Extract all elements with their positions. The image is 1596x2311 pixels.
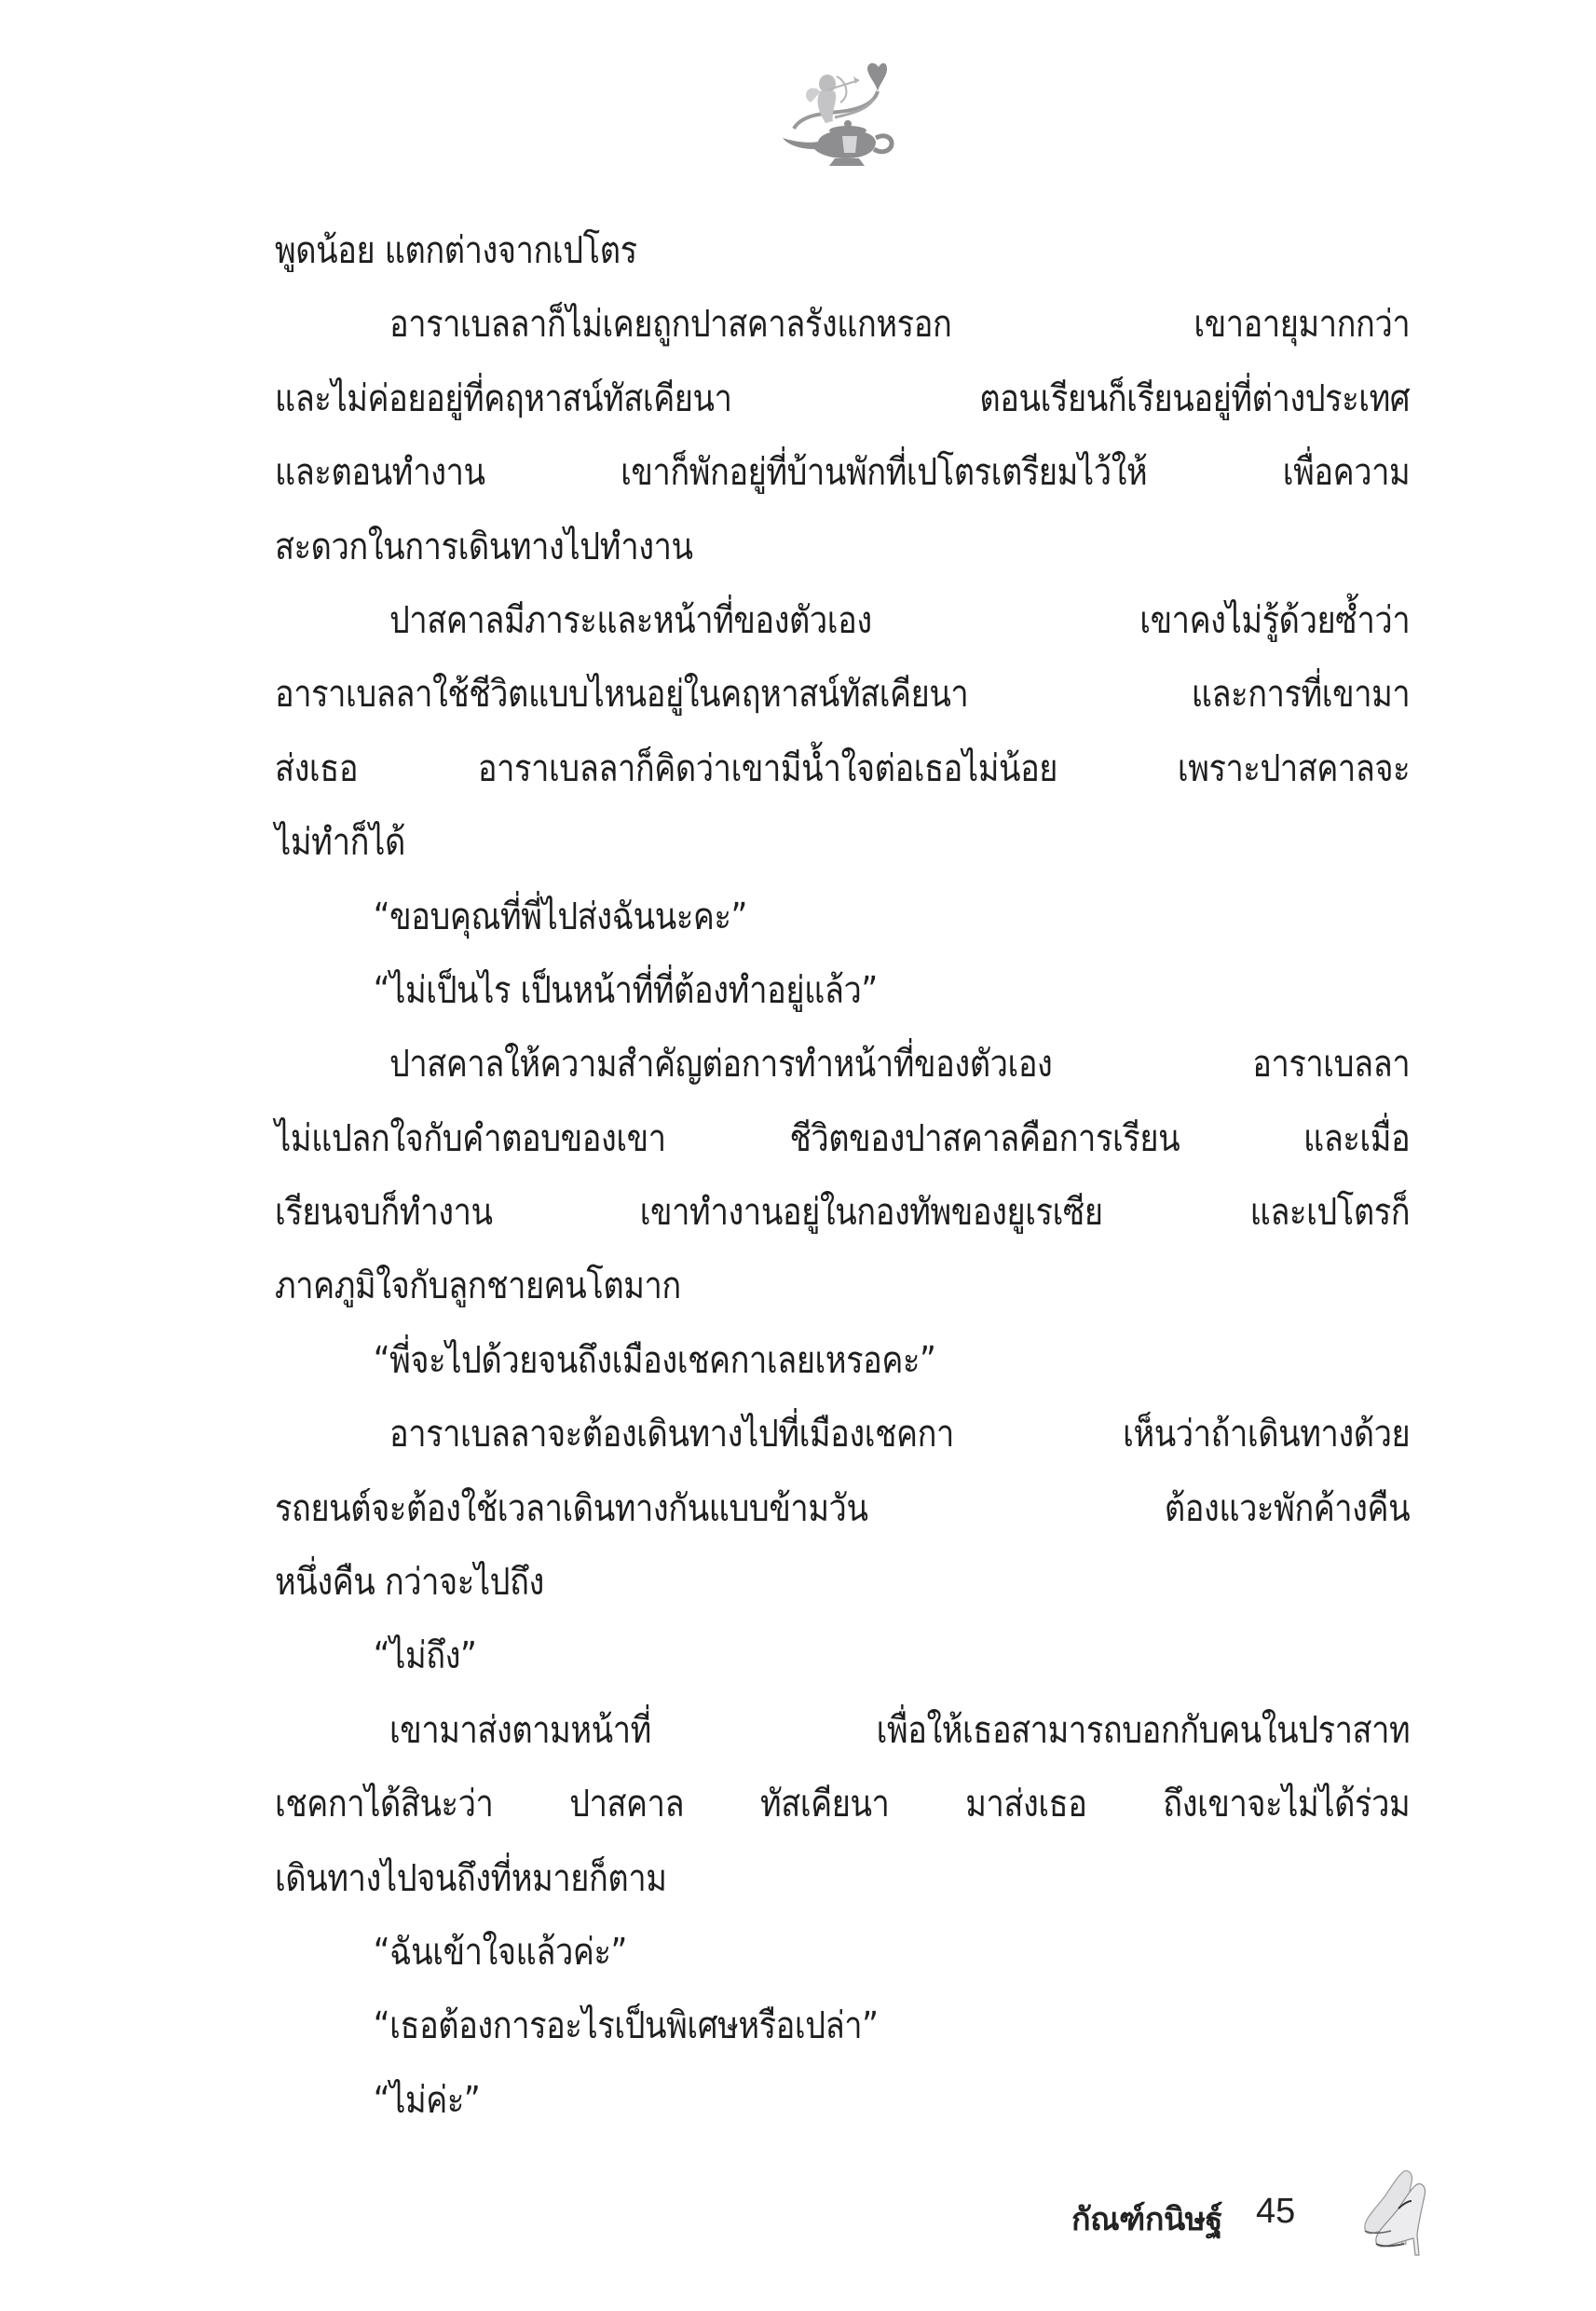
dialogue-line: “ไม่ถึง” (275, 1620, 1250, 1693)
text-line: ปาสคาลให้ความสำคัญต่อการทำหน้าที่ของตัวเ… (275, 1028, 1410, 1101)
text-line: ภาคภูมิใจกับลูกชายคนโตมาก (275, 1250, 1250, 1323)
page-number: 45 (1256, 2192, 1295, 2232)
text-line: ไม่แปลกใจกับคำตอบของเขา ชีวิตของปาสคาลคื… (275, 1102, 1410, 1176)
text-line: รถยนต์จะต้องใช้เวลาเดินทางกันแบบข้ามวัน … (275, 1472, 1410, 1546)
high-heels-icon (1337, 2164, 1439, 2257)
dialogue-line: “ฉันเข้าใจแล้วค่ะ” (275, 1916, 1250, 1990)
dialogue-line: “ขอบคุณที่พี่ไปส่งฉันนะคะ” (275, 881, 1250, 954)
text-line: หนึ่งคืน กว่าจะไปถึง (275, 1546, 1250, 1620)
running-title: กัณฑ์กนิษฐ์ (1071, 2194, 1222, 2244)
body-text: พูดน้อย แตกต่างจากเปโตรอาราเบลลาก็ไม่เคย… (275, 214, 1410, 2138)
text-line: ส่งเธอ อาราเบลลาก็คิดว่าเขามีน้ำใจต่อเธอ… (275, 732, 1410, 806)
text-line: ไม่ทำก็ได้ (275, 806, 1250, 880)
text-line: เดินทางไปจนถึงที่หมายก็ตาม (275, 1842, 1250, 1916)
genie-lamp-cupid-icon (773, 56, 913, 168)
text-line: เชคกาได้สินะว่า ปาสคาล ทัสเคียนา มาส่งเธ… (275, 1768, 1410, 1841)
text-line: สะดวกในการเดินทางไปทำงาน (275, 511, 1250, 584)
text-line: เขามาส่งตามหน้าที่ เพื่อให้เธอสามารถบอกก… (275, 1694, 1410, 1768)
text-line: เรียนจบก็ทำงาน เขาทำงานอยู่ในกองทัพของยู… (275, 1176, 1410, 1250)
dialogue-line: “ไม่ค่ะ” (275, 2064, 1250, 2138)
text-line: และไม่ค่อยอยู่ที่คฤหาสน์ทัสเคียนา ตอนเรี… (275, 362, 1410, 436)
text-line: อาราเบลลาก็ไม่เคยถูกปาสคาลรังแกหรอก เขาอ… (275, 288, 1410, 362)
text-line: ปาสคาลมีภาระและหน้าที่ของตัวเอง เขาคงไม่… (275, 584, 1410, 658)
text-line: พูดน้อย แตกต่างจากเปโตร (275, 214, 1250, 288)
dialogue-line: “ไม่เป็นไร เป็นหน้าที่ที่ต้องทำอยู่แล้ว” (275, 954, 1250, 1028)
page-footer: กัณฑ์กนิษฐ์ 45 (1071, 2164, 1463, 2266)
text-line: อาราเบลลาจะต้องเดินทางไปที่เมืองเชคกา เห… (275, 1398, 1410, 1471)
text-line: อาราเบลลาใช้ชีวิตแบบไหนอยู่ในคฤหาสน์ทัสเ… (275, 658, 1410, 732)
dialogue-line: “เธอต้องการอะไรเป็นพิเศษหรือเปล่า” (275, 1990, 1250, 2063)
text-line: และตอนทำงาน เขาก็พักอยู่ที่บ้านพักที่เปโ… (275, 436, 1410, 510)
dialogue-line: “พี่จะไปด้วยจนถึงเมืองเชคกาเลยเหรอคะ” (275, 1324, 1250, 1398)
